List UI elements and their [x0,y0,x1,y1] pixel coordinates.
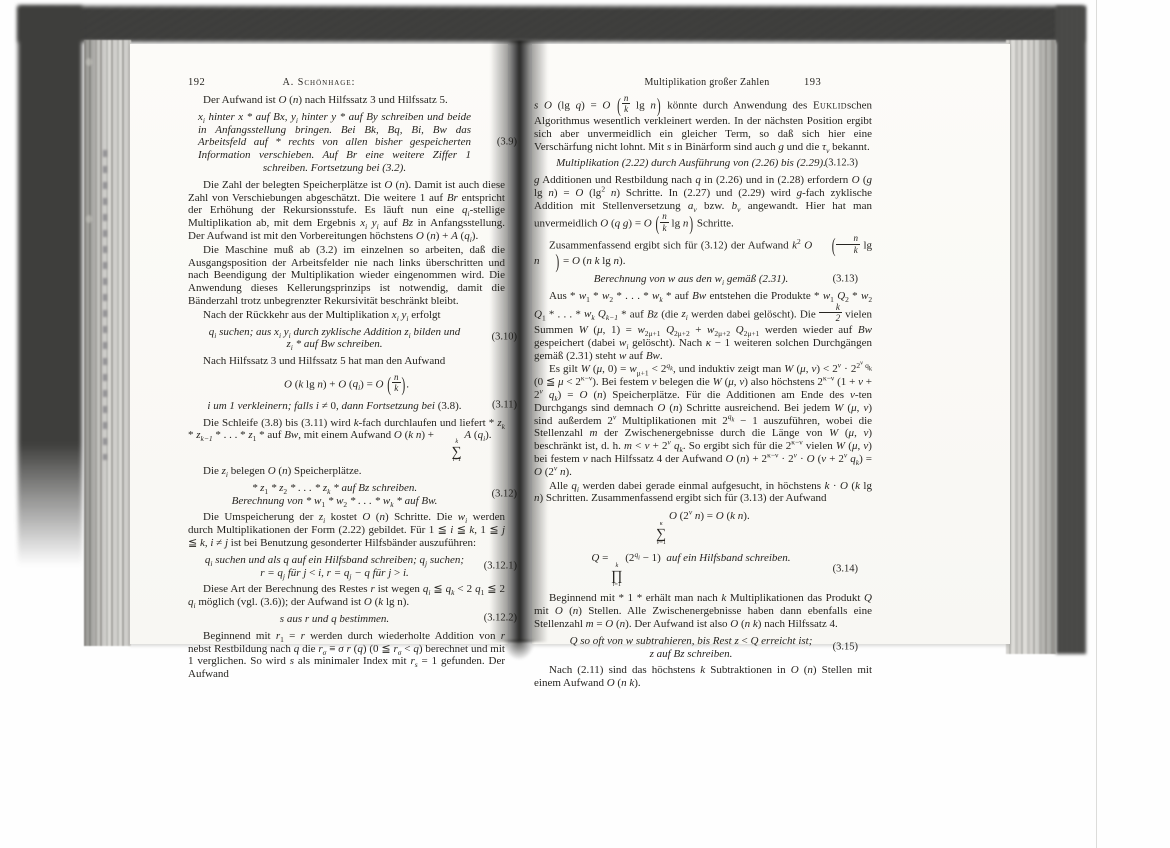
book-gutter-shadow [490,40,548,642]
scan-top-band [18,6,1084,42]
display-equation: Q = k∏i=1 (2qi − 1) auf ein Hilfsband sc… [534,551,872,589]
left-page: 192 A. Schönhage: Der Aufwand ist O (n) … [130,44,508,644]
paragraph: Der Aufwand ist O (n) nach Hilfssatz 3 u… [188,94,505,107]
paragraph: Die Schleife (3.8) bis (3.11) wird k-fac… [188,417,505,464]
running-head: Multiplikation großer Zahlen [592,77,822,88]
paragraph: Nach (2.11) sind das höchstens k Subtrak… [534,664,872,690]
display-equation: qi suchen und als q auf ein Hilfsband sc… [188,553,505,581]
display-equation: Q so oft von w subtrahieren, bis Rest z … [534,634,872,662]
paragraph: Zusammenfassend ergibt sich für (3.12) d… [534,234,872,269]
display-equation: s aus r und q bestimmen. (3.12.2) [188,612,505,627]
display-formula: κ∑ν=1 O (2ν n) = O (k n). [534,510,872,546]
right-page-text-column: s O (lg q) = O (nk lg n) könnte durch An… [534,94,872,691]
display-equation: xi hinter x * auf Bx, yi hinter y * auf … [188,110,505,176]
paragraph: Beginnend mit * 1 * erhält man nach k Mu… [534,592,872,630]
paragraph: Es gilt W (μ, 0) = wμ+1 < 2qk, und induk… [534,363,872,478]
page-edge-stripes-right [1006,40,1056,654]
display-formula: O (k lg n) + O (qi) = O (nk). [188,373,505,394]
display-equation: Multiplikation (2.22) durch Ausführung v… [534,156,872,171]
display-equation: * z1 * z2 * . . . * zk * auf Bz schreibe… [188,481,505,509]
left-page-text-column: Der Aufwand ist O (n) nach Hilfssatz 3 u… [188,94,505,682]
paragraph: Die Maschine muß ab (3.2) im einzelnen s… [188,244,505,308]
paragraph: Beginnend mit r1 = r werden durch wieder… [188,630,505,681]
display-equation: qi suchen; aus xi yi durch zyklische Add… [188,325,505,353]
paragraph: s O (lg q) = O (nk lg n) könnte durch An… [534,94,872,153]
scan-background: 192 A. Schönhage: Der Aufwand ist O (n) … [0,0,1170,848]
paragraph: Die zi belegen O (n) Speicherplätze. [188,465,505,478]
paragraph: g Additionen und Restbildung nach q in (… [534,174,872,233]
paragraph: Die Zahl der belegten Speicherplätze ist… [188,179,505,243]
paragraph: Die Umspeicherung der zi kostet O (n) Sc… [188,511,505,549]
scan-speck [86,58,92,66]
page-edge-stripes-left [84,40,131,646]
equation-number: (3.14) [833,564,858,577]
paragraph: Alle qi werden dabei gerade einmal aufge… [534,480,872,506]
scan-left-band [18,6,82,566]
equation-number: (3.15) [833,641,858,654]
display-equation: i um 1 verkleinern; falls i ≠ 0, dann Fo… [188,399,505,414]
display-equation: Berechnung von w aus den wi gemäß (2.31)… [534,272,872,287]
paragraph: Diese Art der Berechnung des Restes r is… [188,583,505,609]
running-head: A. Schönhage: [130,77,508,88]
scan-speck [86,215,92,223]
paragraph: Nach Hilfssatz 3 und Hilfssatz 5 hat man… [188,355,505,368]
scan-right-band [1056,6,1086,654]
paragraph: Nach der Rückkehr aus der Multiplikation… [188,309,505,322]
right-page: Multiplikation großer Zahlen 193 s O (lg… [532,44,1010,644]
equation-number: (3.12.3) [825,157,858,170]
page-number: 193 [804,77,821,88]
edge-stamp-marks [103,150,107,460]
paragraph: Aus * w1 * w2 * . . . * wk * auf Bw ents… [534,290,872,362]
equation-number: (3.13) [833,273,858,286]
scan-artifact-line [1096,0,1097,848]
book-gutter-tip-shadow [490,640,548,668]
